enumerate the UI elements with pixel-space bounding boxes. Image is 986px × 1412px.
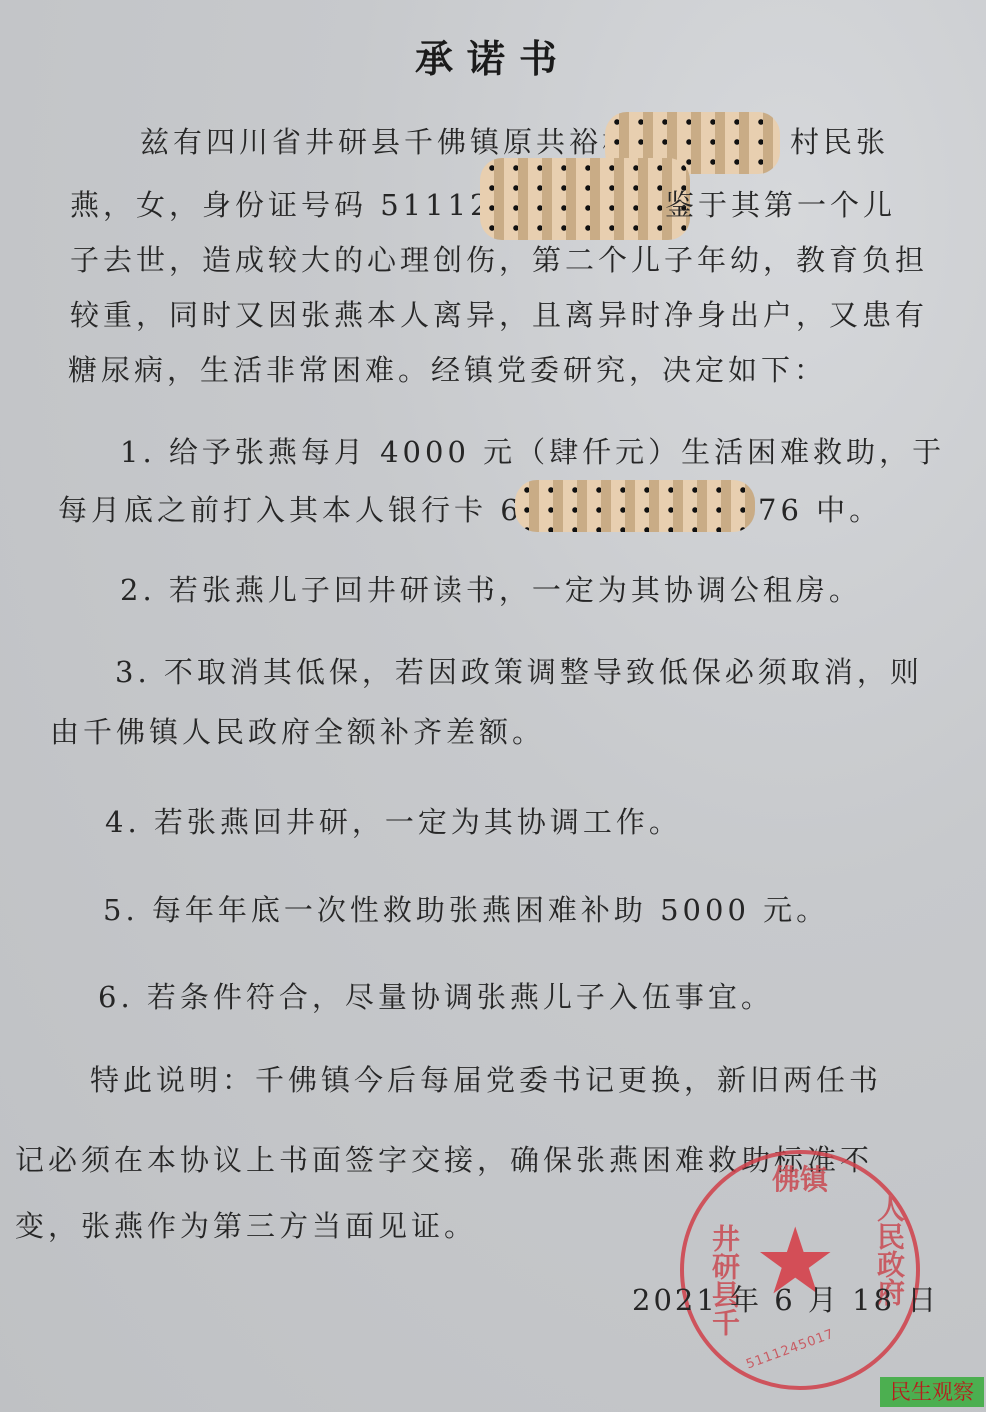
- item-1-line-1: 1. 给予张燕每月 4000 元（肆仟元）生活困难救助，于: [120, 430, 945, 471]
- official-seal: ★ 井研县千 佛镇 人民政府 5111245017: [680, 1150, 920, 1390]
- redaction-id-number: [480, 158, 690, 240]
- item-2: 2. 若张燕儿子回井研读书，一定为其协调公租房。: [120, 568, 862, 609]
- item-1-line-2a: 每月底之前打入其本人银行卡 62: [58, 488, 545, 529]
- special-note-line-1: 特此说明：千佛镇今后每届党委书记更换，新旧两任书: [90, 1058, 882, 1099]
- document-date: 2021 年 6 月 18 日: [632, 1278, 939, 1319]
- item-3-line-1: 3. 不取消其低保，若因政策调整导致低保必须取消，则: [115, 650, 923, 691]
- special-note-line-3: 变，张燕作为第三方当面见证。: [15, 1204, 477, 1245]
- item-3-line-2: 由千佛镇人民政府全额补齐差额。: [50, 710, 545, 751]
- seal-text-top: 佛镇: [772, 1158, 828, 1198]
- intro-line-5: 糖尿病，生活非常困难。经镇党委研究，决定如下：: [68, 348, 827, 389]
- item-6: 6. 若条件符合，尽量协调张燕儿子入伍事宜。: [98, 975, 774, 1016]
- intro-line-1b: 村民张: [790, 120, 889, 161]
- intro-line-4: 较重，同时又因张燕本人离异，且离异时净身出户，又患有: [70, 293, 928, 334]
- item-1-line-2b: 76 中。: [758, 488, 882, 529]
- item-4: 4. 若张燕回井研，一定为其协调工作。: [105, 800, 682, 841]
- intro-line-3: 子去世，造成较大的心理创伤，第二个儿子年幼，教育负担: [70, 238, 928, 279]
- watermark-label: 民生观察: [880, 1377, 984, 1407]
- seal-code: 5111245017: [744, 1327, 836, 1373]
- redaction-bank-card: [515, 480, 755, 532]
- intro-line-2b: 鉴于其第一个儿: [665, 183, 896, 224]
- item-5: 5. 每年年底一次性救助张燕困难补助 5000 元。: [103, 888, 829, 929]
- intro-line-1a: 兹有四川省井研县千佛镇原共裕村: [140, 120, 635, 161]
- document-title: 承诺书: [0, 28, 986, 83]
